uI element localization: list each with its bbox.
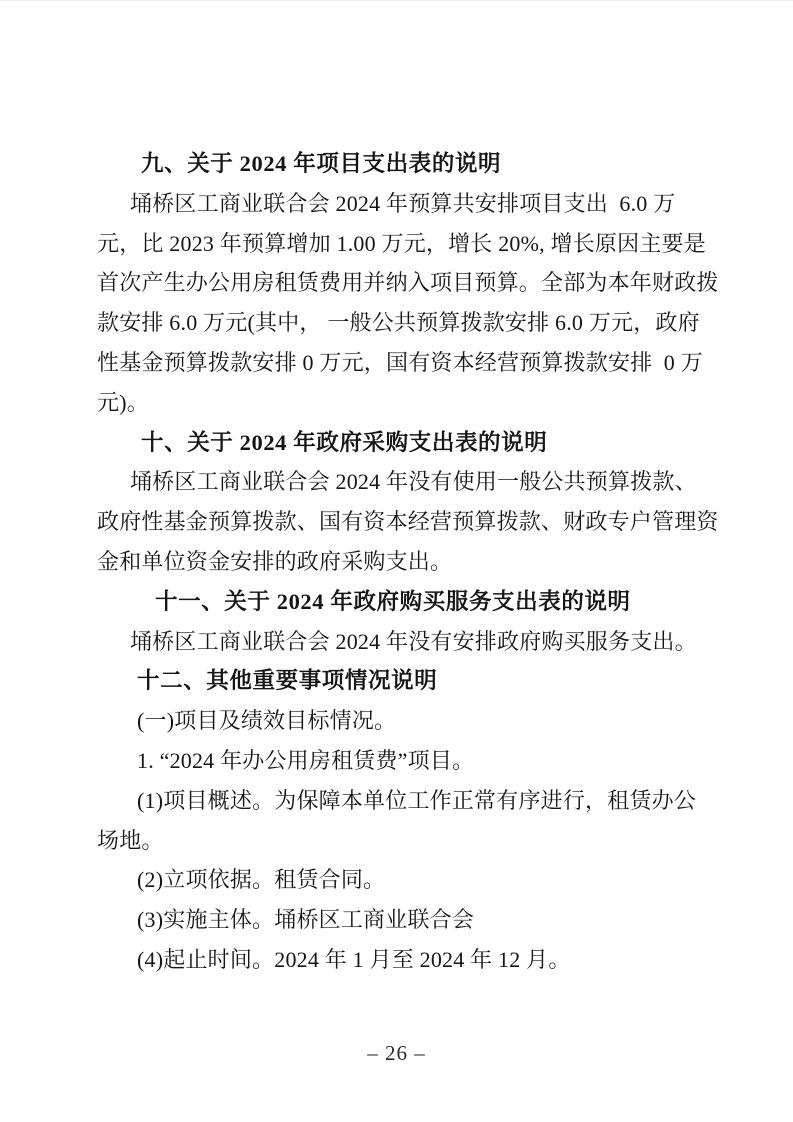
item-project-performance: (一)项目及绩效目标情况。 bbox=[97, 701, 722, 741]
item-4-duration: (4)起止时间。2024 年 1 月至 2024 年 12 月。 bbox=[97, 940, 722, 980]
heading-line: 十、关于 2024 年政府采购支出表的说明 bbox=[97, 423, 722, 463]
text-line: (1)项目概述。为保障本单位工作正常有序进行，租赁办公 bbox=[97, 781, 722, 821]
section-9-heading: 九、关于 2024 年项目支出表的说明 bbox=[97, 144, 722, 184]
page-footer: – 26 – bbox=[0, 1041, 793, 1065]
item-1-project-overview: (1)项目概述。为保障本单位工作正常有序进行，租赁办公 场地。 bbox=[97, 781, 722, 861]
section-12-heading: 十二、其他重要事项情况说明 bbox=[97, 661, 722, 701]
section-11-paragraph: 埇桥区工商业联合会 2024 年没有安排政府购买服务支出。 bbox=[97, 622, 722, 662]
text-line: 元)。 bbox=[97, 383, 722, 423]
section-10-paragraph: 埇桥区工商业联合会 2024 年没有使用一般公共预算拨款、 政府性基金预算拨款、… bbox=[97, 462, 722, 581]
page-number: – 26 – bbox=[367, 1041, 426, 1065]
text-line: 性基金预算拨款安排 0 万元，国有资本经营预算拨款安排 0 万 bbox=[97, 343, 722, 383]
text-line: 1. “2024 年办公用房租赁费”项目。 bbox=[97, 741, 722, 781]
text-line: (4)起止时间。2024 年 1 月至 2024 年 12 月。 bbox=[97, 940, 722, 980]
text-line: (3)实施主体。埇桥区工商业联合会 bbox=[97, 900, 722, 940]
text-line: 埇桥区工商业联合会 2024 年没有使用一般公共预算拨款、 bbox=[97, 462, 722, 502]
text-line: 埇桥区工商业联合会 2024 年预算共安排项目支出 6.0 万 bbox=[97, 184, 722, 224]
item-3-implementer: (3)实施主体。埇桥区工商业联合会 bbox=[97, 900, 722, 940]
item-2-project-basis: (2)立项依据。租赁合同。 bbox=[97, 860, 722, 900]
section-9-paragraph: 埇桥区工商业联合会 2024 年预算共安排项目支出 6.0 万 元，比 2023… bbox=[97, 184, 722, 423]
item-project-name: 1. “2024 年办公用房租赁费”项目。 bbox=[97, 741, 722, 781]
text-line: 款安排 6.0 万元(其中， 一般公共预算拨款安排 6.0 万元，政府 bbox=[97, 303, 722, 343]
section-11-heading: 十一、关于 2024 年政府购买服务支出表的说明 bbox=[97, 582, 722, 622]
document-content: 九、关于 2024 年项目支出表的说明 埇桥区工商业联合会 2024 年预算共安… bbox=[97, 144, 722, 980]
text-line: 埇桥区工商业联合会 2024 年没有安排政府购买服务支出。 bbox=[97, 622, 722, 662]
text-line: 金和单位资金安排的政府采购支出。 bbox=[97, 542, 722, 582]
text-line: 场地。 bbox=[97, 821, 722, 861]
text-line: 元，比 2023 年预算增加 1.00 万元，增长 20%, 增长原因主要是 bbox=[97, 224, 722, 264]
heading-line: 十一、关于 2024 年政府购买服务支出表的说明 bbox=[97, 582, 722, 622]
heading-line: 九、关于 2024 年项目支出表的说明 bbox=[97, 144, 722, 184]
text-line: 政府性基金预算拨款、国有资本经营预算拨款、财政专户管理资 bbox=[97, 502, 722, 542]
section-10-heading: 十、关于 2024 年政府采购支出表的说明 bbox=[97, 423, 722, 463]
text-line: (一)项目及绩效目标情况。 bbox=[97, 701, 722, 741]
text-line: 首次产生办公用房租赁费用并纳入项目预算。全部为本年财政拨 bbox=[97, 263, 722, 303]
heading-line: 十二、其他重要事项情况说明 bbox=[97, 661, 722, 701]
text-line: (2)立项依据。租赁合同。 bbox=[97, 860, 722, 900]
document-page: 九、关于 2024 年项目支出表的说明 埇桥区工商业联合会 2024 年预算共安… bbox=[0, 0, 793, 1122]
